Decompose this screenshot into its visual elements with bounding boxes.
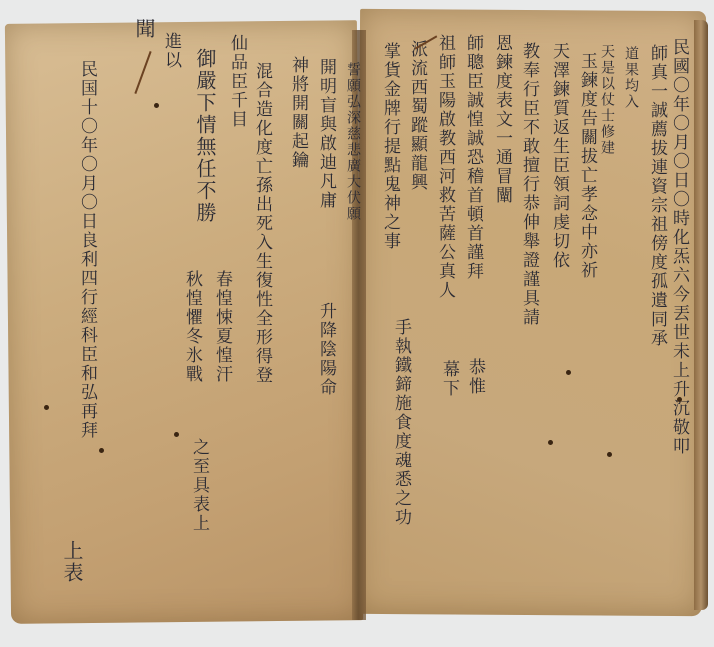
right-column-shizhen: 師真一誠薦拔連資宗祖傍度孤遺同承 [648, 44, 665, 348]
right-column-enlian: 恩鍊度表文一通冒闡 [493, 34, 510, 205]
right-column-zushi: 祖師玉陽啟教西河救苦薩公真人 [436, 34, 453, 300]
left-column-date: 民国十〇年〇月〇日良利四行經科臣和弘再拜 [78, 60, 95, 440]
left-column-shenjiang: 神將開關起鑰 [289, 56, 306, 170]
right-column-paiiu: 派流西蜀蹤顯龍興 [408, 40, 425, 192]
left-column-yuyan: 御嚴下情無任不勝 [195, 48, 215, 224]
left-column-hunhe: 混合造化度亡孫出死入生復性全形得登 [253, 62, 270, 385]
right-column-date: 民國〇年〇月〇日〇時化炁六今丟世未上升沉敬叩 [670, 38, 687, 456]
right-column-gongwei: 恭惟 [466, 358, 483, 396]
worm-hole [174, 432, 179, 437]
right-column-shouzhi: 手執鐵鍗施食度魂悉之功 [392, 318, 409, 527]
right-column-daoguo: 道果均入 [624, 46, 638, 110]
worm-hole [677, 397, 682, 402]
right-column-tianshi: 天是以仗士修建 [600, 44, 614, 156]
worm-hole [99, 448, 104, 453]
worm-hole [566, 370, 571, 375]
worm-hole [44, 405, 49, 410]
left-column-shangbiao: 上表 [62, 540, 82, 584]
right-column-zhanghuo: 掌貨金牌行提點鬼神之事 [381, 42, 398, 251]
left-column-jinyi: 進以 [162, 32, 179, 70]
left-column-shiyuan: 誓願弘深慈悲廣大伏願 [346, 62, 360, 222]
worm-hole [607, 452, 612, 457]
left-column-zhizhi: 之至具表上 [190, 438, 207, 533]
manuscript-photo: 民国十〇年〇月〇日良利四行經科臣和弘再拜 上表 聞 進以 仙品臣千目 御嚴下情無… [0, 0, 714, 647]
left-column-qiuhuang: 秋惶懼冬氷戰 [183, 270, 200, 384]
right-column-jiaofeng: 教奉行臣不敢擅行恭伸舉證謹具請 [520, 42, 537, 327]
right-column-tianze: 天澤鍊質返生臣領詞虔切依 [550, 42, 567, 270]
right-column-muxia: 幕下 [440, 360, 457, 398]
page-edge [694, 20, 708, 610]
worm-hole [154, 103, 159, 108]
left-column-chunhuang: 春惶悚夏惶汗 [213, 270, 230, 384]
left-column-kaiming: 開明盲與啟迪凡庸 [317, 58, 334, 210]
right-column-yulian: 玉鍊度告關拔亡孝念中亦祈 [578, 52, 595, 280]
left-column-shengjiang: 升降陰陽命 [317, 302, 334, 397]
right-column-shicong: 師聰臣誠惶誠恐稽首頓首謹拜 [464, 34, 481, 281]
left-column-wen: 聞 [134, 18, 154, 40]
left-column-xianpin: 仙品臣千目 [228, 34, 245, 129]
worm-hole [548, 440, 553, 445]
